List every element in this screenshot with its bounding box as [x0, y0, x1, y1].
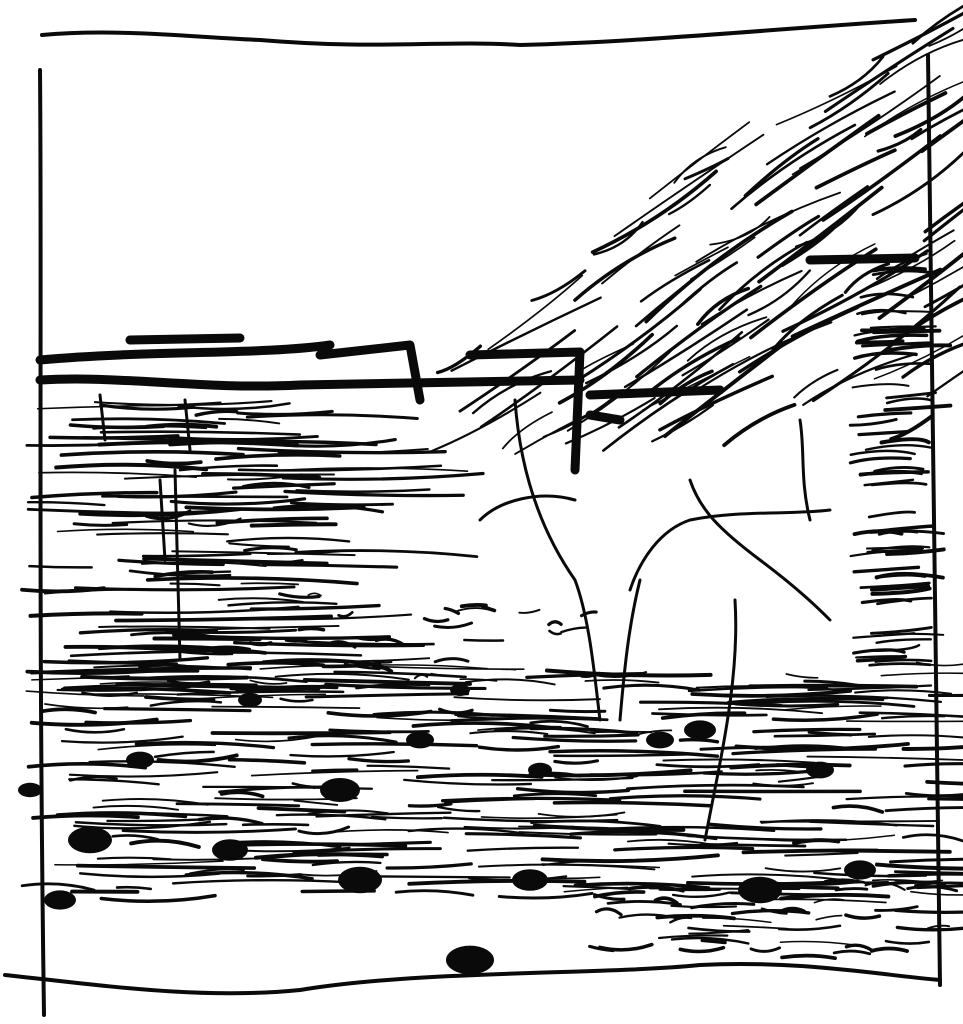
ink-sketch-artwork: [0, 0, 963, 1024]
